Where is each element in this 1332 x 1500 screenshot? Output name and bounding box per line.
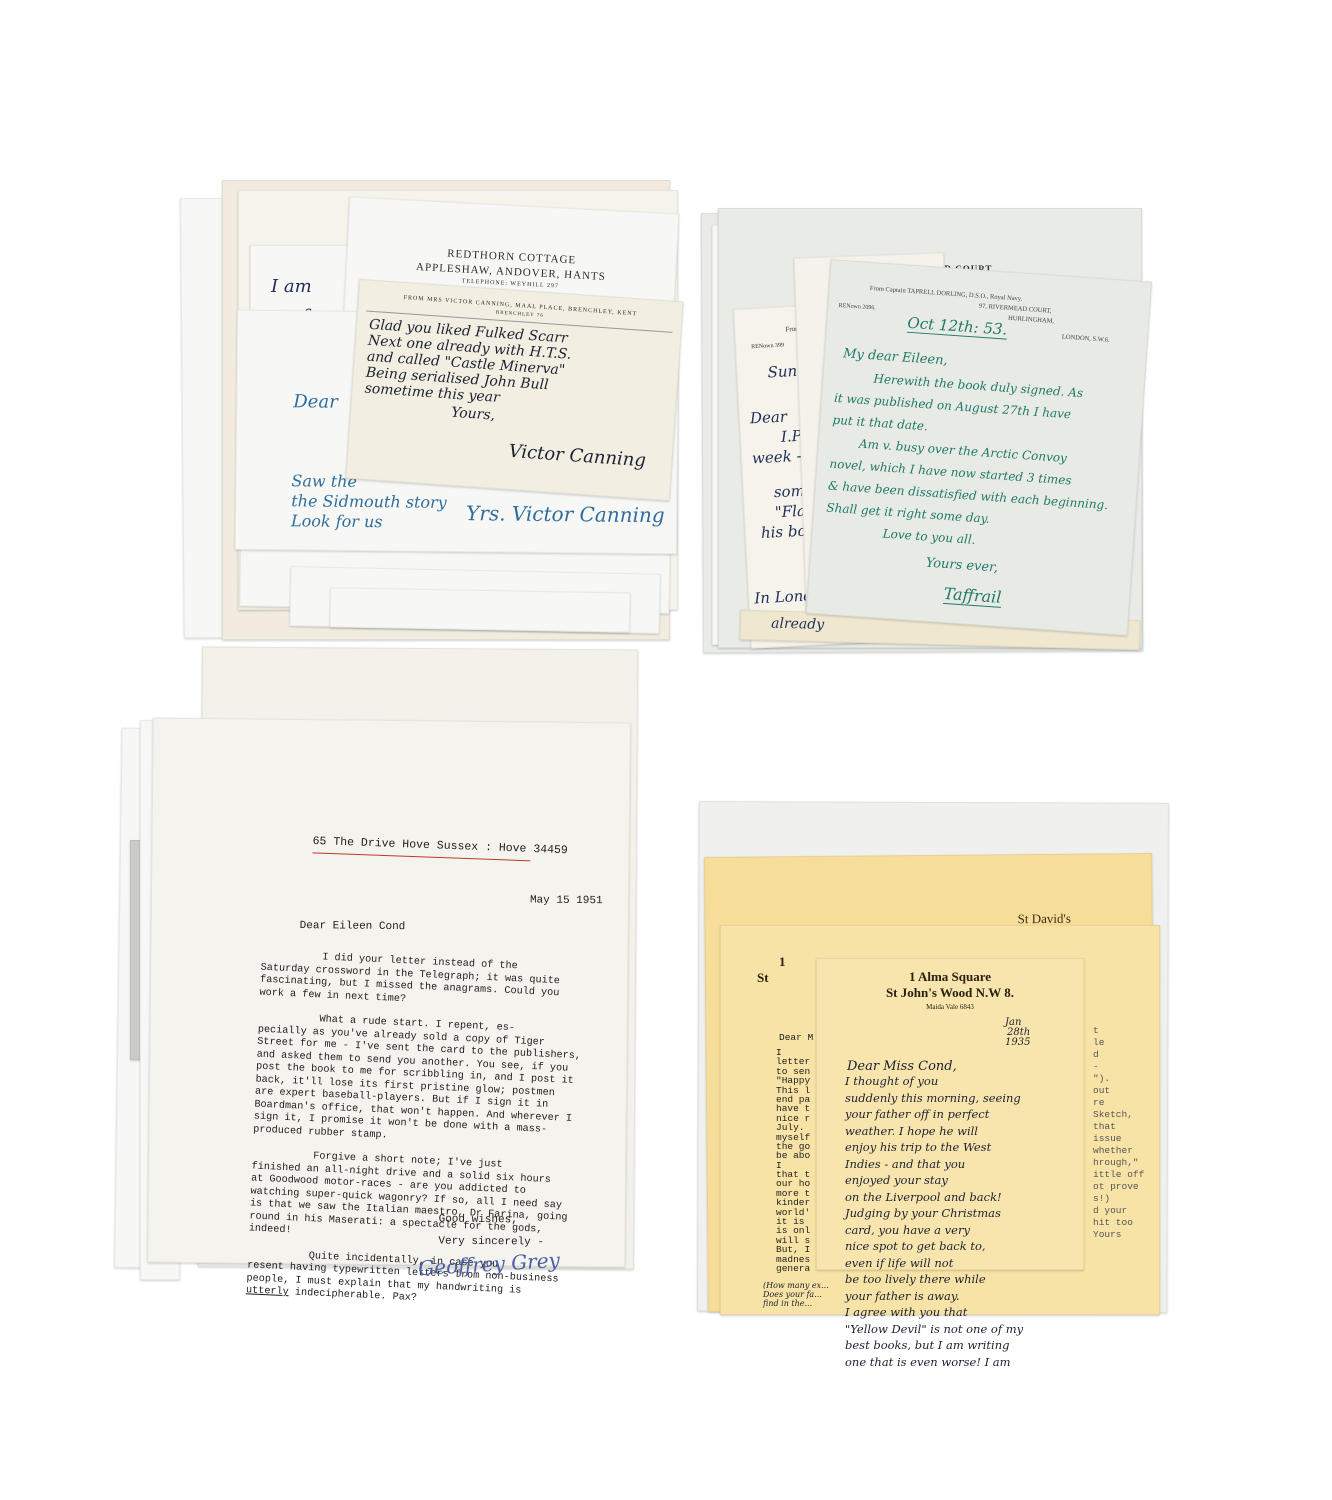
body-line: Shall get it right some day.: [826, 501, 990, 526]
date-year: 1935: [1005, 1037, 1030, 1048]
letterhead-fragment: St: [757, 970, 769, 986]
letterhead-address-1: 97, RIVERMEAD COURT,: [979, 303, 1052, 315]
letterhead-phone: RENown 399: [751, 343, 784, 351]
letter-date: May 15 1951: [530, 894, 603, 907]
body-line: Love to you all.: [882, 527, 976, 547]
letterhead-phone: RENown 2096.: [838, 303, 876, 312]
postscript: (How many ex... Does your fa... find in …: [763, 1281, 833, 1308]
card-closing: Yours,: [451, 405, 496, 424]
letter-alma-square: 1 Alma Square St John's Wood N.W 8. Maid…: [816, 958, 1084, 1270]
handwritten-line: the Sidmouth story: [291, 491, 447, 512]
text-line: le: [1093, 1038, 1144, 1050]
handwritten-line: Sun: [767, 362, 798, 382]
signature: Yrs. Victor Canning: [466, 501, 665, 527]
typed-body-left: Iletterto sen"HappyThis lend pahave tnic…: [776, 1048, 810, 1273]
letterhead-phone: Maida Vale 6843: [817, 1003, 1083, 1011]
letterhead-address-2: HURLINGHAM,: [1008, 315, 1054, 325]
salutation: Dear: [293, 391, 338, 412]
text-line: Yours: [1093, 1230, 1144, 1242]
letter-taffrail: From Captain TAPRELL DORLING, D.S.O., Ro…: [806, 259, 1152, 636]
salutation: Dear Miss Cond,: [847, 1059, 957, 1074]
letter-sheet: [330, 587, 631, 632]
text-line: genera: [776, 1264, 810, 1273]
handwritten-line: Dear: [749, 408, 787, 428]
typed-body-right: tled-").outreSketch,thatissuewhetherhrou…: [1093, 1026, 1144, 1242]
letterhead-fragment: 1: [779, 954, 786, 970]
closing: Yours ever,: [925, 556, 998, 576]
closing-very-sincerely: Very sincerely -: [438, 1236, 544, 1249]
letterhead-address-3: LONDON, S.W.6.: [1062, 334, 1110, 344]
letterhead-from: From Captain TAPRELL DORLING, D.S.O., Ro…: [870, 285, 1023, 303]
body-line: put it that date.: [832, 413, 928, 434]
card-signature: Victor Canning: [508, 441, 647, 472]
handwritten-body: I thought of yousuddenly this morning, s…: [845, 1077, 1023, 1374]
text-line: d: [1093, 1050, 1144, 1062]
handwritten-line: week -: [752, 447, 802, 468]
letterhead-address: 1 Alma Square: [817, 969, 1083, 985]
card-victor-canning: FROM MRS VICTOR CANNING, MAAL PLACE, BRE…: [345, 279, 683, 501]
letter-hove-sussex: 65 The Drive Hove Sussex : Hove 34459 Ma…: [147, 718, 631, 1268]
salutation: My dear Eileen,: [843, 346, 948, 368]
salutation: Dear M: [779, 1032, 813, 1043]
signature: Taffrail: [943, 584, 1002, 608]
text-line: one that is even worse! I am: [845, 1358, 1023, 1375]
closing-good-wishes: Good wishes,: [439, 1214, 518, 1227]
handwritten-line: already: [771, 616, 824, 633]
salutation: Dear Eileen Cond: [300, 920, 406, 933]
letterhead-address: St John's Wood N.W 8.: [817, 985, 1083, 1001]
handwritten-fragment: I am: [271, 276, 312, 297]
handwritten-line: Look for us: [291, 511, 383, 531]
letter-date: Oct 12th: 53.: [907, 314, 1008, 340]
